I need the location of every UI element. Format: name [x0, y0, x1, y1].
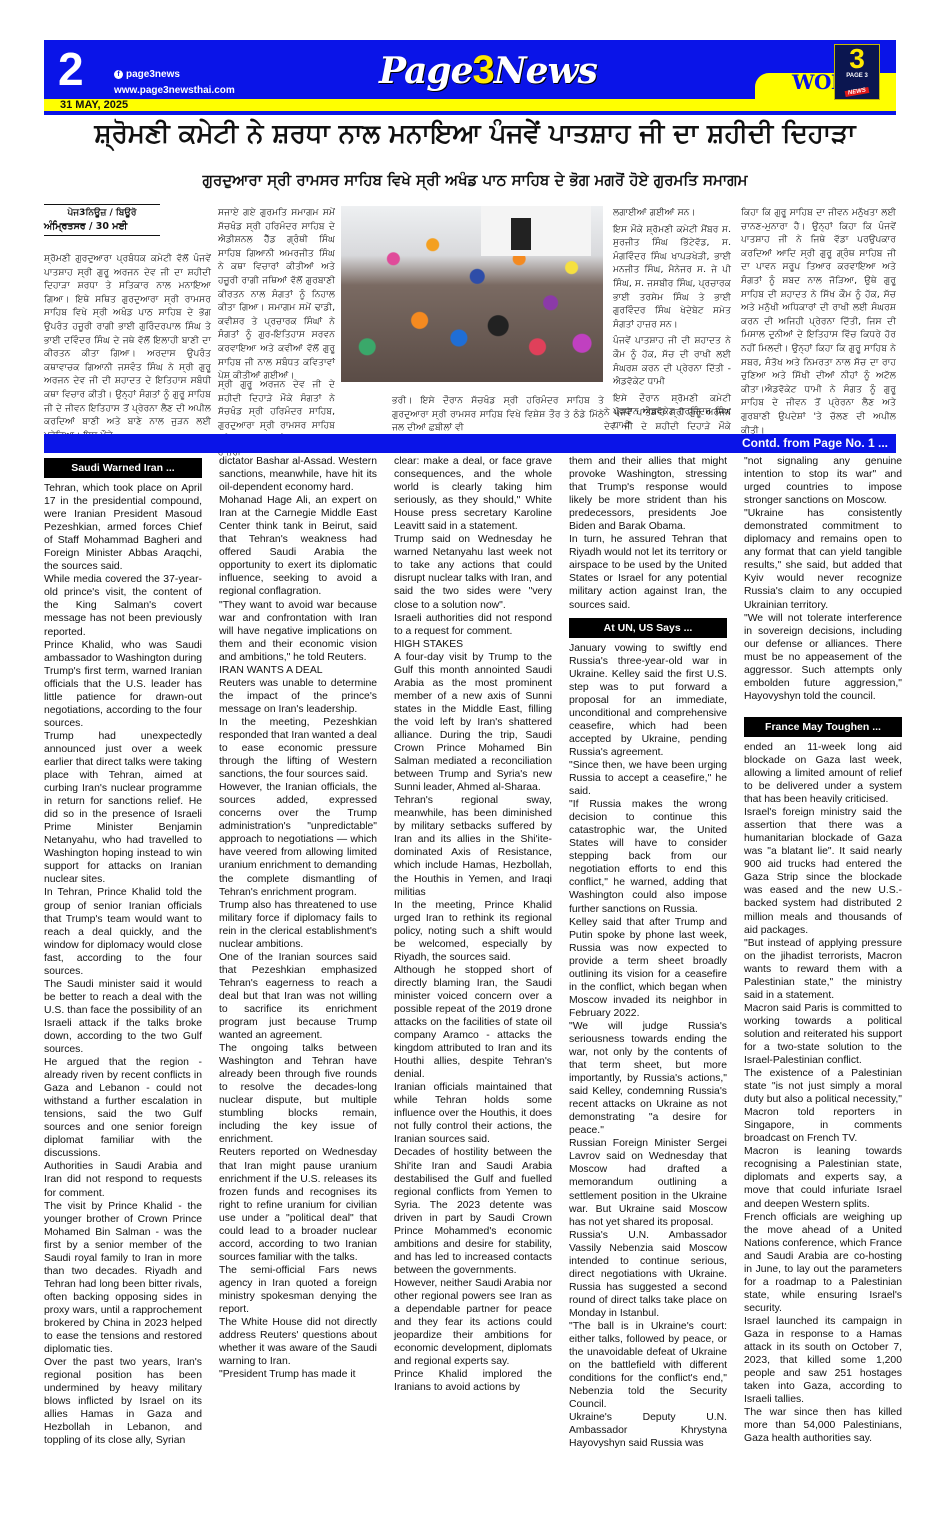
- english-column-3: clear: make a deal, or face grave conseq…: [394, 455, 552, 1394]
- section-head-at-un-us-says: At UN, US Says ...: [569, 618, 727, 638]
- english-column-1: Saudi Warned Iran ... Tehran, which took…: [44, 455, 202, 1447]
- punjabi-column-1: ਸ਼੍ਰੋਮਣੀ ਗੁਰਦੁਆਰਾ ਪ੍ਰਬੰਧਕ ਕਮੇਟੀ ਵੱਲੋਂ ਪੰ…: [44, 252, 211, 442]
- paragraph: ended an 11-week long aid blockade on Ga…: [744, 741, 902, 806]
- paragraph: The semi-official Fars news agency in Ir…: [219, 1264, 377, 1316]
- paragraph: "Since then, we have been urging Russia …: [569, 759, 727, 798]
- paragraph: A four-day visit by Trump to the Gulf th…: [394, 651, 552, 795]
- paragraph: Israel's foreign ministry said the asser…: [744, 806, 902, 936]
- paragraph: dictator Bashar al-Assad. Western sancti…: [219, 455, 377, 494]
- english-column-2: dictator Bashar al-Assad. Western sancti…: [219, 455, 377, 1381]
- badge-label: PAGE 3: [835, 73, 879, 80]
- paragraph: In the meeting, Prince Khalid urged Iran…: [394, 899, 552, 964]
- subhead-iran-wants-a-deal: IRAN WANTS A DEAL: [219, 664, 377, 677]
- paragraph: One of the Iranian sources said that Pez…: [219, 951, 377, 1042]
- photo-door: [511, 218, 531, 250]
- newspaper-logo: Page3News: [379, 48, 597, 93]
- paragraph: Israeli authorities did not respond to a…: [394, 612, 552, 638]
- paragraph: Russian Foreign Minister Sergei Lavrov s…: [569, 1137, 727, 1228]
- paragraph: "The ball is in Ukraine's court: either …: [569, 1320, 727, 1411]
- punjabi-column-2: ਸਜਾਏ ਗਏ ਗੁਰਮਤਿ ਸਮਾਗਮ ਸਮੇਂ ਸੱਚਖੰਡ ਸ੍ਰੀ ਹਰ…: [218, 206, 335, 383]
- paragraph: Although he stopped short of directly bl…: [394, 964, 552, 1081]
- photo-building: [481, 206, 591, 256]
- paragraph: The White House did not directly address…: [219, 1316, 377, 1368]
- byline-place-date: ਅੰਮ੍ਰਿਤਸਰ / 30 ਮਈ: [44, 221, 160, 232]
- paragraph: clear: make a deal, or face grave conseq…: [394, 455, 552, 533]
- badge-news: NEWS: [845, 87, 870, 97]
- logo-text-news: News: [494, 50, 597, 92]
- page-number: 2: [58, 46, 84, 92]
- punjabi-col4-subhead: ਪੰਜਵੇਂ ਪਾਤਸ਼ਾਹ ਜੀ ਦੀ ਸ਼ਹਾਦਤ ਨੇ ਕੌਮ ਨੂੰ ਹ…: [613, 334, 731, 388]
- paragraph: January vowing to swiftly end Russia's t…: [569, 642, 727, 759]
- paragraph: The visit by Prince Khalid - the younger…: [44, 1200, 202, 1357]
- paragraph: "President Trump has made it: [219, 1368, 377, 1381]
- website-link[interactable]: www.page3newsthai.com: [114, 85, 235, 96]
- paragraph: Israel launched its campaign in Gaza in …: [744, 1315, 902, 1406]
- paragraph: Tehran, which took place on April 17 in …: [44, 482, 202, 573]
- paragraph: In turn, he assured Tehran that Riyadh w…: [569, 533, 727, 611]
- paragraph: He argued that the region - already rive…: [44, 1056, 202, 1160]
- paragraph: However, the Iranian officials, the sour…: [219, 781, 377, 898]
- subhead-high-stakes: HIGH STAKES: [394, 638, 552, 651]
- paragraph: Kelley said that after Trump and Putin s…: [569, 916, 727, 1020]
- paragraph: Russia's U.N. Ambassador Vassily Nebenzi…: [569, 1229, 727, 1320]
- paragraph: In Tehran, Prince Khalid told the group …: [44, 886, 202, 977]
- english-column-5: "not signaling any genuine intention to …: [744, 455, 902, 1445]
- paragraph: Authorities in Saudi Arabia and Iran did…: [44, 1160, 202, 1199]
- english-column-4: them and their allies that might provoke…: [569, 455, 727, 1450]
- masthead: 2 f page3news www.page3newsthai.com Page…: [44, 40, 896, 105]
- paragraph: The existence of a Palestinian state "is…: [744, 1067, 902, 1145]
- paragraph: Prince Khalid, who was Saudi ambassador …: [44, 639, 202, 730]
- paragraph: While media covered the 37-year-old prin…: [44, 573, 202, 638]
- paragraph: Prince Khalid implored the Iranians to a…: [394, 1368, 552, 1394]
- paragraph: "not signaling any genuine intention to …: [744, 455, 902, 507]
- paragraph: Trump also has threatened to use militar…: [219, 899, 377, 951]
- continued-bar: Contd. from Page No. 1 ...: [44, 434, 896, 453]
- logo-text-3: 3: [473, 48, 494, 92]
- paragraph: "If Russia makes the wrong decision to c…: [569, 798, 727, 915]
- paragraph: Reuters reported on Wednesday that Iran …: [219, 1146, 377, 1263]
- paragraph: In the meeting, Pezeshkian responded tha…: [219, 716, 377, 781]
- punjabi-subheadline: ਗੁਰਦੁਆਰਾ ਸ੍ਰੀ ਰਾਮਸਰ ਸਾਹਿਬ ਵਿਖੇ ਸ੍ਰੀ ਅਖੰਡ…: [40, 170, 910, 190]
- logo-text-page: Page: [379, 50, 473, 92]
- social-handle[interactable]: f page3news: [114, 69, 180, 80]
- punjabi-column-4: ਲਗਾਈਆਂ ਗਈਆਂ ਸਨ। ਇਸ ਮੌਕੇ ਸ਼੍ਰੋਮਣੀ ਕਮੇਟੀ ਮ…: [613, 206, 731, 433]
- paragraph: Ukraine's Deputy U.N. Ambassador Khrysty…: [569, 1411, 727, 1450]
- paragraph: Trump had unexpectedly announced just ov…: [44, 730, 202, 887]
- paragraph: Trump said on Wednesday he warned Netany…: [394, 533, 552, 611]
- paragraph: "Ukraine has consistently demonstrated c…: [744, 507, 902, 611]
- paragraph: Macron said Paris is committed to workin…: [744, 1002, 902, 1067]
- continued-label: Contd. from Page No. 1 ...: [742, 436, 888, 450]
- punjabi-col4-para-1: ਲਗਾਈਆਂ ਗਈਆਂ ਸਨ।: [613, 206, 731, 220]
- paragraph: "They want to avoid war because war and …: [219, 599, 377, 664]
- paragraph: "We will judge Russia's seriousness towa…: [569, 1020, 727, 1137]
- paragraph: The Saudi minister said it would be bett…: [44, 978, 202, 1056]
- paragraph: Decades of hostility between the Shi'ite…: [394, 1146, 552, 1276]
- paragraph: "We will not tolerate interference in so…: [744, 612, 902, 703]
- facebook-icon: f: [114, 70, 123, 79]
- paragraph: "But instead of applying pressure on the…: [744, 937, 902, 1002]
- badge-number: 3: [835, 45, 879, 73]
- paragraph: Mohanad Hage Ali, an expert on Iran at t…: [219, 494, 377, 598]
- masthead-divider: [44, 111, 896, 115]
- punjabi-headline: ਸ਼੍ਰੋਮਣੀ ਕਮੇਟੀ ਨੇ ਸ਼ਰਧਾ ਨਾਲ ਮਨਾਇਆ ਪੰਜਵੇਂ…: [40, 118, 910, 150]
- social-handle-text: page3news: [126, 69, 180, 80]
- byline: ਪੇਜ3ਨਿਊਜ਼ / ਬਿਊਰੋ ਅੰਮ੍ਰਿਤਸਰ / 30 ਮਈ: [44, 204, 160, 236]
- paragraph: Reuters was unable to determine the impa…: [219, 677, 377, 716]
- paragraph: Iranian officials maintained that while …: [394, 1081, 552, 1146]
- paragraph: them and their allies that might provoke…: [569, 455, 727, 533]
- issue-date: 31 MAY, 2025: [60, 99, 128, 111]
- punjabi-column-5: ਕਿਹਾ ਕਿ ਗੁਰੂ ਸਾਹਿਬ ਦਾ ਜੀਵਨ ਮਨੁੱਖਤਾ ਲਈ ਚਾ…: [741, 206, 896, 437]
- byline-agency: ਪੇਜ3ਨਿਊਜ਼ / ਬਿਊਰੋ: [44, 208, 160, 218]
- section-head-saudi-warned-iran: Saudi Warned Iran ...: [44, 458, 202, 478]
- page3-badge-logo: 3 PAGE 3 NEWS: [834, 44, 880, 100]
- paragraph: The ongoing talks between Washington and…: [219, 1042, 377, 1146]
- punjabi-col4-para-2: ਇਸ ਮੌਕੇ ਸ਼੍ਰੋਮਣੀ ਕਮੇਟੀ ਮੈਂਬਰ ਸ. ਸੁਰਜੀਤ ਸ…: [613, 223, 731, 332]
- paragraph: Tehran's regional sway, meanwhile, has b…: [394, 794, 552, 898]
- paragraph: The war since then has killed more than …: [744, 1406, 902, 1445]
- paragraph: Over the past two years, Iran's regional…: [44, 1356, 202, 1447]
- date-strip: [44, 99, 896, 111]
- paragraph: However, neither Saudi Arabia nor other …: [394, 1277, 552, 1368]
- punjabi-column-3: ਭਰੀ। ਇਸੇ ਦੌਰਾਨ ਸੱਚਖੰਡ ਸ੍ਰੀ ਹਰਿਮੰਦਰ ਸਾਹਿਬ…: [392, 394, 604, 435]
- news-photo-langar: [341, 206, 603, 382]
- paragraph: Macron is leaning towards recognising a …: [744, 1145, 902, 1210]
- section-head-france-may-toughen: France May Toughen ...: [744, 717, 902, 737]
- paragraph: French officials are weighing up the mov…: [744, 1211, 902, 1315]
